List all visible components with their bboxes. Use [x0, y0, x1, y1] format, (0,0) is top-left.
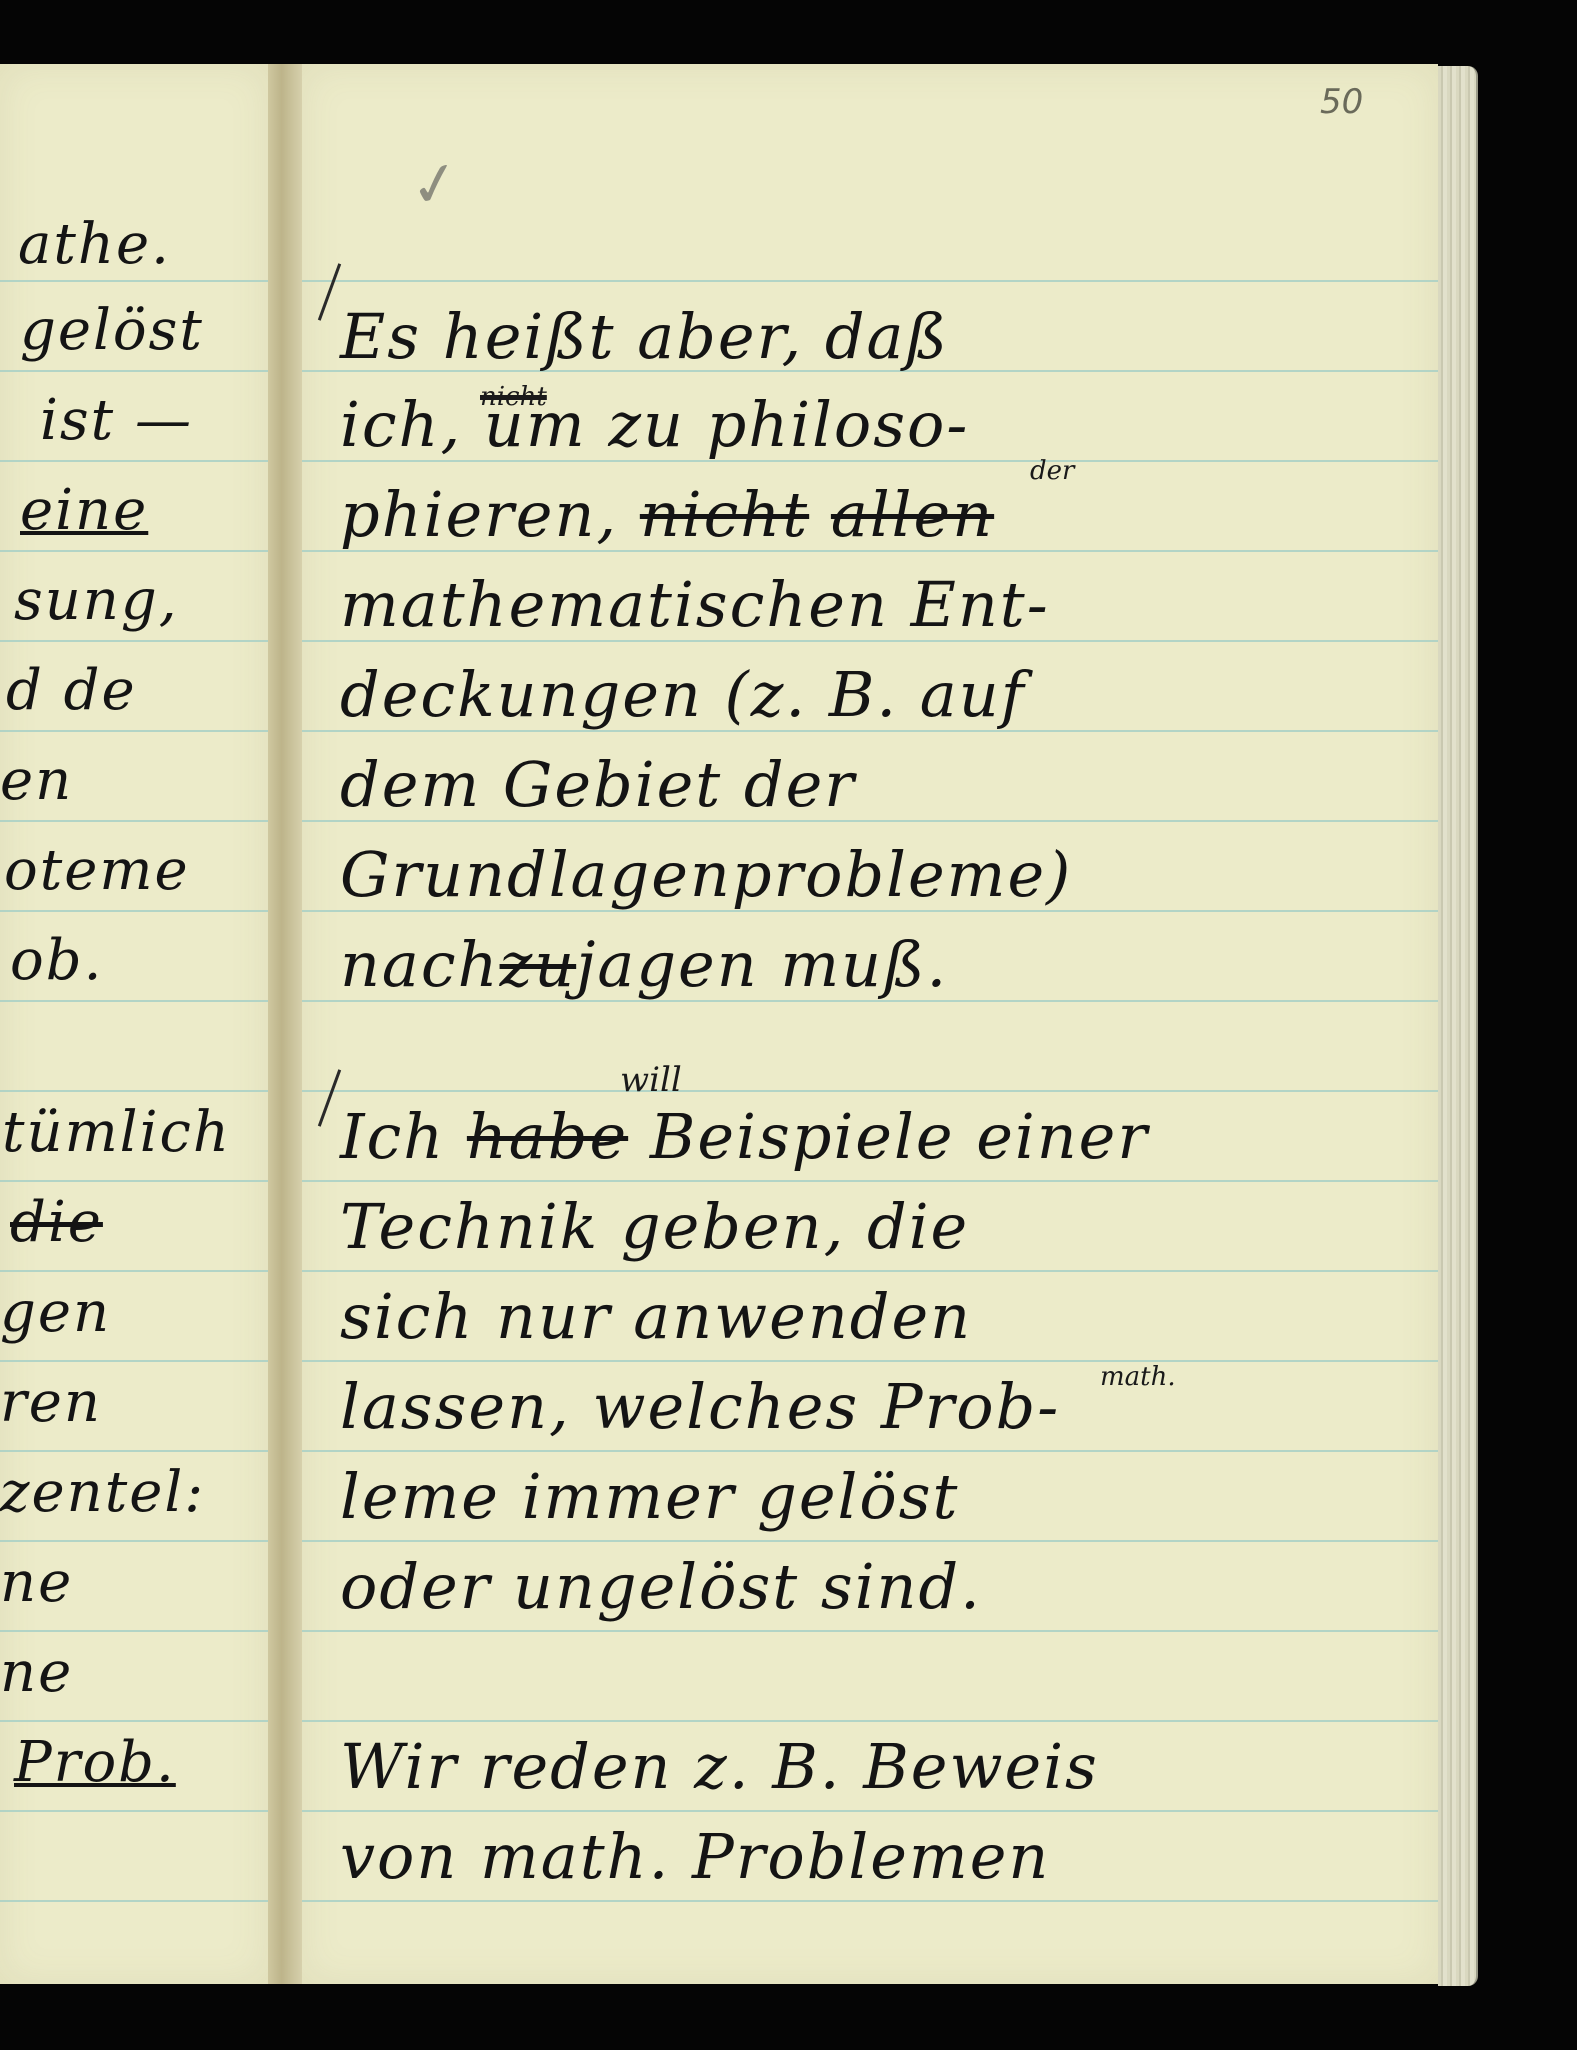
rule-line	[0, 1720, 268, 1722]
handwritten-line: deckungen (z. B. auf	[340, 658, 1026, 731]
left-fragment: gelöst	[20, 298, 204, 363]
left-fragment: ist —	[40, 388, 193, 453]
left-fragment: d de	[6, 658, 137, 723]
rule-line	[302, 1450, 1438, 1452]
left-fragment: tümlich	[2, 1100, 231, 1165]
left-fragment: Prob.	[14, 1730, 176, 1795]
left-fragment: en	[0, 748, 73, 813]
rule-line	[302, 1630, 1438, 1632]
handwritten-line: Technik geben, die	[340, 1190, 969, 1263]
handwritten-line: phieren, nicht allen	[340, 478, 994, 551]
rule-line	[302, 1810, 1438, 1812]
handwritten-line: mathematischen Ent-	[340, 568, 1050, 641]
rule-line	[0, 730, 268, 732]
rule-line	[0, 820, 268, 822]
handwritten-line: lassen, welches Prob-	[340, 1370, 1060, 1443]
left-fragment: ren	[0, 1370, 102, 1435]
rule-line	[302, 1270, 1438, 1272]
handwritten-line: Grundlagenprobleme)	[340, 838, 1072, 911]
rule-line	[0, 640, 268, 642]
handwritten-line: sich nur anwenden	[340, 1280, 972, 1353]
struck-word: allen	[831, 478, 994, 551]
rule-line	[302, 1720, 1438, 1722]
handwritten-line: Wir reden z. B. Beweis	[340, 1730, 1099, 1803]
left-fragment: ne	[0, 1640, 73, 1705]
notebook-gutter	[268, 64, 302, 1984]
handwritten-line: dem Gebiet der	[340, 748, 856, 821]
rule-line	[0, 1000, 268, 1002]
rule-line	[0, 1630, 268, 1632]
rule-line	[0, 280, 268, 282]
page-number: 50	[1320, 82, 1363, 122]
rule-line	[302, 280, 1438, 282]
left-fragment: oteme	[4, 838, 190, 903]
struck-word: habe	[467, 1100, 628, 1173]
handwritten-line: ich, um zu philoso-	[340, 388, 969, 461]
left-fragment: zentel:	[0, 1460, 205, 1525]
rule-line	[0, 550, 268, 552]
rule-line	[302, 1090, 1438, 1092]
rule-line	[0, 1450, 268, 1452]
left-fragment-struck: die	[10, 1190, 103, 1255]
rule-line	[0, 1540, 268, 1542]
rule-line	[302, 1900, 1438, 1902]
left-fragment: eine	[20, 478, 148, 543]
handwritten-line: oder ungelöst sind.	[340, 1550, 982, 1623]
rule-line	[302, 1540, 1438, 1542]
left-fragment: sung,	[14, 568, 179, 633]
handwritten-line: nachzujagen muß.	[340, 928, 948, 1001]
left-fragment: gen	[0, 1280, 111, 1345]
handwritten-line: leme immer gelöst	[340, 1460, 959, 1533]
rule-line	[0, 1360, 268, 1362]
struck-word: zu	[500, 928, 577, 1001]
handwritten-line: von math. Problemen	[340, 1820, 1050, 1893]
rule-line	[302, 1360, 1438, 1362]
left-fragment: athe.	[18, 212, 171, 277]
insertion-above: math.	[1100, 1362, 1176, 1392]
rule-line	[0, 910, 268, 912]
left-fragment: ne	[0, 1550, 73, 1615]
insertion-above: der	[1030, 456, 1074, 486]
insertion-above: will	[620, 1060, 682, 1100]
rule-line	[0, 1810, 268, 1812]
left-fragment: ob.	[10, 928, 103, 993]
struck-word: nicht	[640, 478, 809, 551]
rule-line	[0, 1270, 268, 1272]
handwritten-line: Ich habe Beispiele einer	[340, 1100, 1149, 1173]
rule-line	[0, 460, 268, 462]
page-edge-stack	[1438, 66, 1478, 1986]
rule-line	[0, 1900, 268, 1902]
rule-line	[0, 370, 268, 372]
rule-line	[0, 1090, 268, 1092]
handwritten-line: Es heißt aber, daß	[340, 300, 949, 373]
rule-line	[0, 1180, 268, 1182]
rule-line	[302, 1180, 1438, 1182]
